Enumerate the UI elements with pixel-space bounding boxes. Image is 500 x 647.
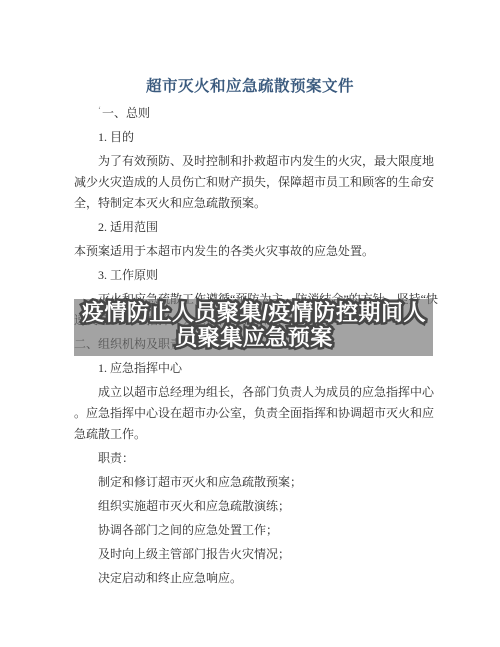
paragraph-line: 全，特制定本灭火和应急疏散预案。 <box>74 193 434 214</box>
paragraph-line: 。应急指挥中心设在超市办公室，负责全面指挥和协调超市灭火和应 <box>74 403 434 424</box>
section-heading-text: 一、总则 <box>102 106 150 120</box>
subheading-purpose: 1. 目的 <box>74 127 434 148</box>
stray-mark: ‘ <box>98 105 101 115</box>
duty-item: 及时向上级主管部门报告火灾情况； <box>74 544 434 565</box>
paragraph-command-center: 成立以超市总经理为组长，各部门负责人为成员的应急指挥中心 。应急指挥中心设在超市… <box>74 382 434 445</box>
watermark-text: 疫情防止人员聚集/疫情防控期间人 疫情防止人员聚集/疫情防控期间人 员聚集应急预… <box>74 301 434 350</box>
label-duties: 职责： <box>74 448 434 469</box>
duty-item: 协调各部门之间的应急处置工作； <box>74 520 434 541</box>
subheading-principles: 3. 工作原则 <box>74 265 434 286</box>
paragraph-scope: 本预案适用于本超市内发生的各类火灾事故的应急处置。 <box>74 241 434 262</box>
watermark-line-1: 疫情防止人员聚集/疫情防控期间人 疫情防止人员聚集/疫情防控期间人 <box>74 301 434 326</box>
watermark-fill: 员聚集应急预案 <box>175 325 333 350</box>
paragraph-purpose: 为了有效预防、及时控制和扑救超市内发生的火灾，最大限度地 减少火灾造成的人员伤亡… <box>74 151 434 214</box>
paragraph-line: 急疏散工作。 <box>74 424 434 445</box>
paragraph-line: 为了有效预防、及时控制和扑救超市内发生的火灾，最大限度地 <box>74 151 434 172</box>
subheading-command-center: 1. 应急指挥中心 <box>74 358 434 379</box>
duty-item: 组织实施超市灭火和应急疏散演练； <box>74 496 434 517</box>
document-title: 超市灭火和应急疏散预案文件 <box>0 74 500 96</box>
document-page: 超市灭火和应急疏散预案文件 ‘一、总则 1. 目的 为了有效预防、及时控制和扑救… <box>0 0 500 647</box>
watermark-line-2: 员聚集应急预案 员聚集应急预案 <box>74 326 434 351</box>
paragraph-line: 成立以超市总经理为组长，各部门负责人为成员的应急指挥中心 <box>74 382 434 403</box>
paragraph-line: 减少火灾造成的人员伤亡和财产损失，保障超市员工和顾客的生命安 <box>74 172 434 193</box>
duty-item: 制定和修订超市灭火和应急疏散预案； <box>74 472 434 493</box>
duty-item: 决定启动和终止应急响应。 <box>74 568 434 589</box>
subheading-scope: 2. 适用范围 <box>74 217 434 238</box>
section-heading-general: ‘一、总则 <box>74 100 434 124</box>
watermark-fill: 疫情防止人员聚集/疫情防控期间人 <box>82 300 426 325</box>
